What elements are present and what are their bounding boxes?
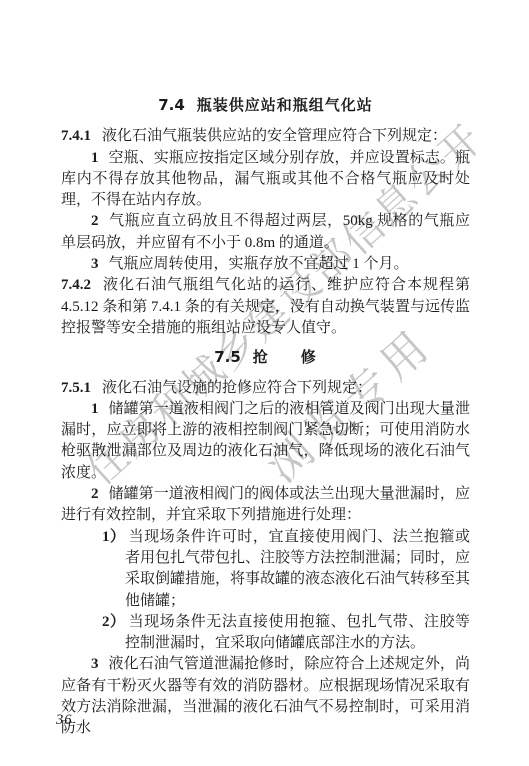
subitem-7-5-1-2-1: 1）当现场条件许可时，宜直接使用阀门、法兰抱箍或者用包扎气带包扎、注胶等方法控制…	[61, 527, 470, 612]
item-text: 储罐第一道液相阀门的阀体或法兰出现大量泄漏时，应进行有效控制，并宜采取下列措施进…	[61, 486, 470, 523]
section-title: 抢 修	[253, 348, 317, 366]
section-number: 7.4	[158, 96, 185, 114]
item-7-4-1-3: 3气瓶应周转使用，实瓶存放不宜超过 1 个月。	[61, 254, 470, 275]
item-number: 1	[91, 150, 99, 166]
section-number: 7.5	[214, 348, 241, 366]
item-7-5-1-3: 3液化石油气管道泄漏抢修时，除应符合上述规定外，尚应备有干粉灭火器等有效的消防器…	[61, 654, 470, 739]
clause-7-4-2: 7.4.2液化石油气瓶组气化站的运行、维护应符合本规程第 4.5.12 条和第 …	[61, 275, 470, 339]
section-heading-7-4: 7.4瓶装供应站和瓶组气化站	[61, 95, 470, 116]
section-heading-7-5: 7.5抢 修	[61, 347, 470, 368]
item-number: 3	[91, 656, 99, 672]
clause-7-4-1: 7.4.1液化石油气瓶装供应站的安全管理应符合下列规定：	[61, 126, 470, 147]
item-text: 储罐第一道液相阀门之后的液相管道及阀门出现大量泄漏时，应立即将上游的液相控制阀门…	[61, 401, 470, 481]
item-number: 2	[91, 213, 99, 229]
subitem-7-5-1-2-2: 2）当现场条件无法直接使用抱箍、包扎气带、注胶等控制泄漏时，宜采取向储罐底部注水…	[61, 612, 470, 655]
subitem-number: 1）	[102, 529, 126, 545]
item-number: 2	[91, 486, 99, 502]
document-page: 住房和城乡建设部信息公开 浏览专用 7.4瓶装供应站和瓶组气化站 7.4.1液化…	[0, 0, 529, 766]
item-text: 空瓶、实瓶应按指定区域分别存放，并应设置标志。瓶库内不得存放其他物品，漏气瓶或其…	[61, 150, 470, 209]
item-number: 3	[91, 256, 99, 272]
item-7-5-1-2: 2储罐第一道液相阀门的阀体或法兰出现大量泄漏时，应进行有效控制，并宜采取下列措施…	[61, 484, 470, 527]
clause-text: 液化石油气设施的抢修应符合下列规定：	[102, 380, 372, 396]
clause-number: 7.4.2	[61, 277, 91, 293]
clause-text: 液化石油气瓶装供应站的安全管理应符合下列规定：	[102, 128, 447, 144]
clause-7-5-1: 7.5.1液化石油气设施的抢修应符合下列规定：	[61, 378, 470, 399]
section-title: 瓶装供应站和瓶组气化站	[197, 96, 373, 114]
subitem-text: 当现场条件无法直接使用抱箍、包扎气带、注胶等控制泄漏时，宜采取向储罐底部注水的方…	[125, 614, 470, 651]
item-text: 气瓶应周转使用，实瓶存放不宜超过 1 个月。	[109, 256, 409, 272]
subitem-number: 2）	[102, 614, 126, 630]
item-text: 气瓶应直立码放且不得超过两层，50kg 规格的气瓶应单层码放，并应留有不小于 0…	[61, 213, 470, 250]
item-text: 液化石油气管道泄漏抢修时，除应符合上述规定外，尚应备有干粉灭火器等有效的消防器材…	[61, 656, 470, 736]
item-7-4-1-1: 1空瓶、实瓶应按指定区域分别存放，并应设置标志。瓶库内不得存放其他物品，漏气瓶或…	[61, 148, 470, 212]
page-content: 7.4瓶装供应站和瓶组气化站 7.4.1液化石油气瓶装供应站的安全管理应符合下列…	[61, 95, 470, 740]
page-number: 36	[56, 712, 73, 729]
item-number: 1	[91, 401, 99, 417]
clause-number: 7.5.1	[61, 380, 91, 396]
clause-number: 7.4.1	[61, 128, 91, 144]
subitem-text: 当现场条件许可时，宜直接使用阀门、法兰抱箍或者用包扎气带包扎、注胶等方法控制泄漏…	[125, 529, 470, 609]
clause-text: 液化石油气瓶组气化站的运行、维护应符合本规程第 4.5.12 条和第 7.4.1…	[61, 277, 470, 336]
item-7-4-1-2: 2气瓶应直立码放且不得超过两层，50kg 规格的气瓶应单层码放，并应留有不小于 …	[61, 211, 470, 254]
item-7-5-1-1: 1储罐第一道液相阀门之后的液相管道及阀门出现大量泄漏时，应立即将上游的液相控制阀…	[61, 399, 470, 484]
